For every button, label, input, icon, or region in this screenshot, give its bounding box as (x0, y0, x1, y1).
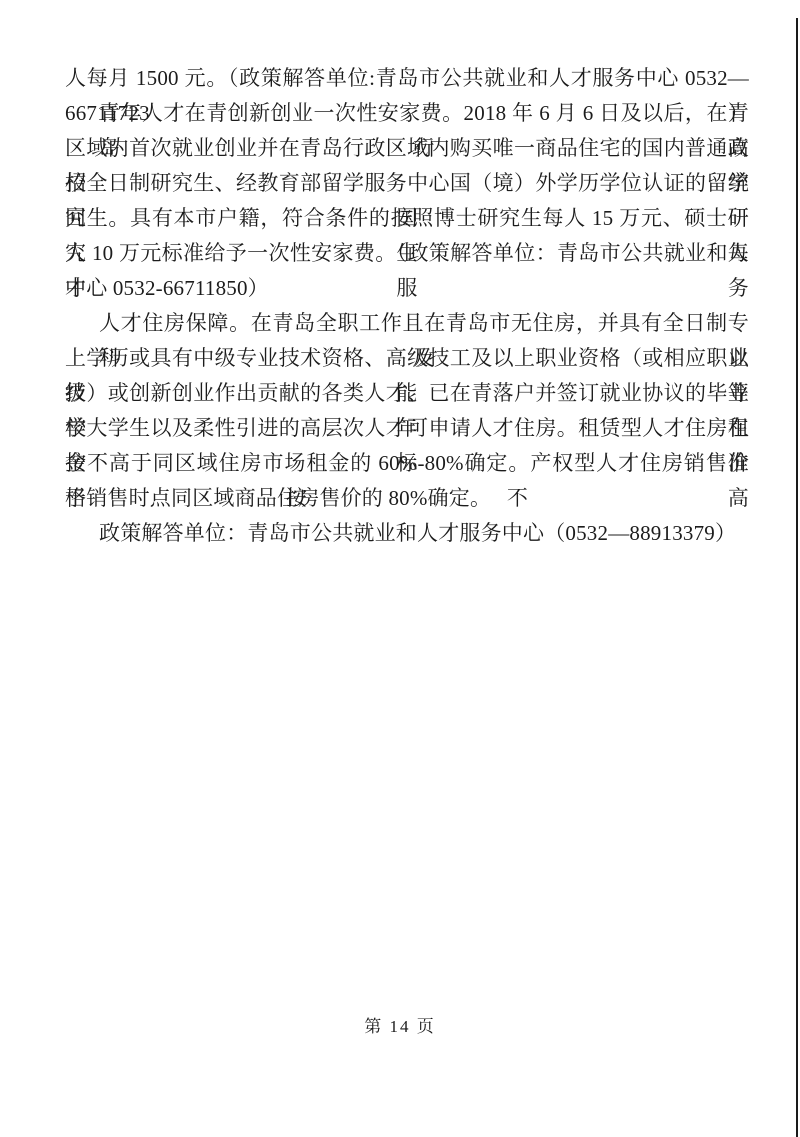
text-line: 人 10 万元标准给予一次性安家费。（政策解答单位：青岛市公共就业和人才服务 (65, 236, 749, 271)
text-line: 校大学生以及柔性引进的高层次人才可申请人才住房。租赁型人才住房租金标准 (65, 411, 749, 446)
text-line: 上学历或具有中级专业技术资格、高级技工及以上职业资格（或相应职业技能等 (65, 341, 749, 376)
text-line: 级）或创新创业作出贡献的各类人才、已在青落户并签订就业协议的毕业学年在 (65, 376, 749, 411)
text-line: 区域内首次就业创业并在青岛行政区域内购买唯一商品住宅的国内普通高校统 (65, 131, 749, 166)
body-text: 人每月 1500 元。（政策解答单位:青岛市公共就业和人才服务中心 0532—6… (65, 61, 749, 551)
page-number: 第 14 页 (0, 1014, 800, 1040)
text-line: 按不高于同区域住房市场租金的 60%-80%确定。产权型人才住房销售价格按不高 (65, 446, 749, 481)
text-line: 人每月 1500 元。（政策解答单位:青岛市公共就业和人才服务中心 0532—6… (65, 61, 749, 96)
text-line: 究生。具有本市户籍，符合条件的按照博士研究生每人 15 万元、硕士研究生每 (65, 201, 749, 236)
document-page: 人每月 1500 元。（政策解答单位:青岛市公共就业和人才服务中心 0532—6… (0, 0, 800, 1137)
text-line: 青年人才在青创新创业一次性安家费。2018 年 6 月 6 日及以后，在青岛行政 (65, 96, 749, 131)
text-line: 招全日制研究生、经教育部留学服务中心国（境）外学历学位认证的留学回国研 (65, 166, 749, 201)
text-line: 政策解答单位：青岛市公共就业和人才服务中心（0532—88913379） (65, 516, 749, 551)
scan-edge-artifact (796, 18, 798, 1137)
text-line: 人才住房保障。在青岛全职工作且在青岛市无住房，并具有全日制专科及以 (65, 306, 749, 341)
